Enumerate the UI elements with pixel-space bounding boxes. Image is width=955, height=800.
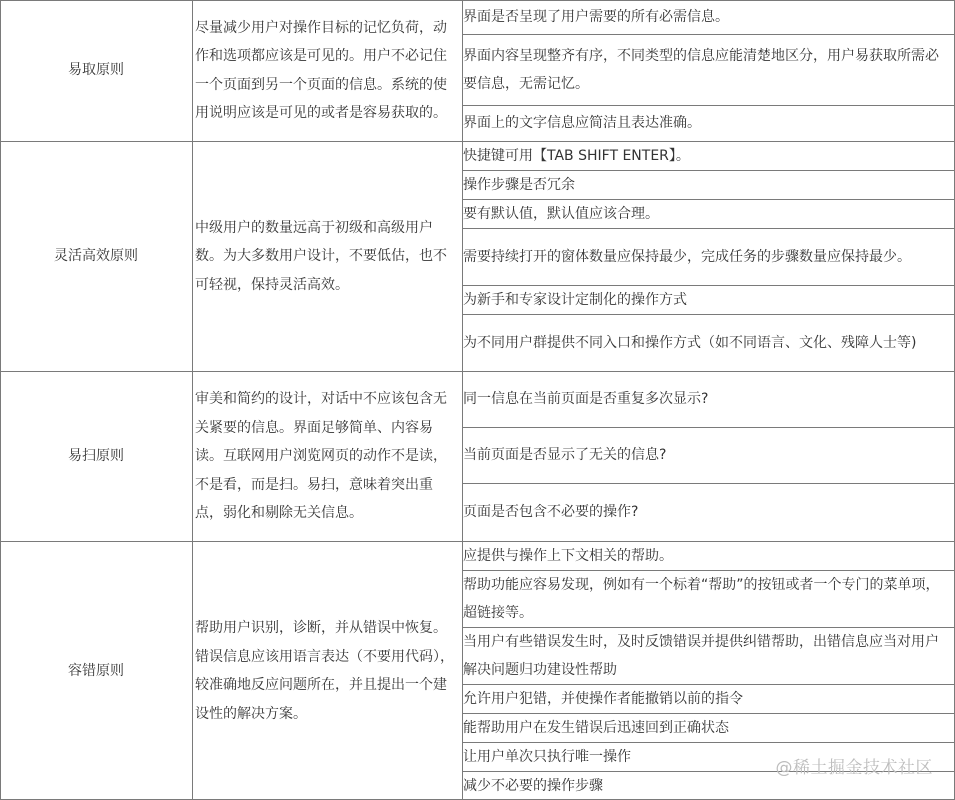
description-cell: 帮助用户识别，诊断，并从错误中恢复。 错误信息应该用语言表达（不要用代码），较准… xyxy=(193,542,461,800)
checklist-item: 操作步骤是否冗余 xyxy=(455,171,955,199)
table-border xyxy=(0,0,955,1)
checklist-item: 界面内容呈现整齐有序，不同类型的信息应能清楚地区分，用户易获取所需必要信息，无需… xyxy=(455,36,955,104)
checklist-item-text: 当前页面是否显示了无关的信息? xyxy=(463,441,666,470)
principle-cell: 灵活高效原则 xyxy=(0,142,192,371)
description-line: 错误信息应该用语言表达（不要用代码），较准确地反应问题所在，并且提出一个建设性的… xyxy=(195,643,459,729)
checklist-item: 为不同用户群提供不同入口和操作方式（如不同语言、文化、残障人士等) xyxy=(455,315,955,371)
checklist-item-text: 应提供与操作上下文相关的帮助。 xyxy=(463,542,673,571)
item-divider xyxy=(462,483,955,484)
principle-cell: 易取原则 xyxy=(0,0,192,141)
checklist-item: 快捷键可用【TAB SHIFT ENTER】。 xyxy=(455,142,955,170)
description-cell: 审美和简约的设计，对话中不应该包含无关紧要的信息。界面足够简单、内容易读。互联网… xyxy=(193,372,461,541)
checklist-item-text: 为新手和专家设计定制化的操作方式 xyxy=(463,286,687,315)
principle-label: 容错原则 xyxy=(68,657,124,686)
item-divider xyxy=(462,285,955,286)
item-divider xyxy=(462,105,955,106)
checklist-item: 需要持续打开的窗体数量应保持最少，完成任务的步骤数量应保持最少。 xyxy=(455,229,955,285)
checklist-item-text: 为不同用户群提供不同入口和操作方式（如不同语言、文化、残障人士等) xyxy=(463,329,916,358)
checklist-item-text: 同一信息在当前页面是否重复多次显示? xyxy=(463,385,708,414)
description-cell: 尽量减少用户对操作目标的记忆负荷，动作和选项都应该是可见的。用户不必记住一个页面… xyxy=(193,0,461,141)
checklist-item-text: 界面上的文字信息应简洁且表达准确。 xyxy=(463,109,701,138)
checklist-item: 允许用户犯错，并使操作者能撤销以前的指令 xyxy=(455,685,955,713)
checklist-item: 界面上的文字信息应简洁且表达准确。 xyxy=(455,106,955,140)
checklist-item: 页面是否包含不必要的操作? xyxy=(455,484,955,540)
principle-label: 易取原则 xyxy=(68,56,124,85)
description-text: 帮助用户识别，诊断，并从错误中恢复。 错误信息应该用语言表达（不要用代码），较准… xyxy=(195,614,459,728)
item-divider xyxy=(462,228,955,229)
item-divider xyxy=(462,199,955,200)
watermark: @稀土掘金技术社区 xyxy=(776,758,934,778)
checklist-item: 当用户有些错误发生时，及时反馈错误并提供纠错帮助，出错信息应当对用户解决问题归功… xyxy=(455,628,955,684)
checklist-item: 应提供与操作上下文相关的帮助。 xyxy=(455,542,955,570)
checklist-item-text: 页面是否包含不必要的操作? xyxy=(463,498,638,527)
checklist-item-text: 快捷键可用【TAB SHIFT ENTER】。 xyxy=(463,142,690,171)
checklist-item: 界面是否呈现了用户需要的所有必需信息。 xyxy=(455,2,955,32)
row-divider xyxy=(0,141,955,142)
item-divider xyxy=(462,570,955,571)
principle-label: 灵活高效原则 xyxy=(54,242,138,271)
checklist-item-text: 能帮助用户在发生错误后迅速回到正确状态 xyxy=(463,714,729,743)
description-text: 审美和简约的设计，对话中不应该包含无关紧要的信息。界面足够简单、内容易读。互联网… xyxy=(195,385,459,528)
checklist-item-text: 减少不必要的操作步骤 xyxy=(463,772,603,800)
principle-cell: 易扫原则 xyxy=(0,372,192,541)
description-text: 尽量减少用户对操作目标的记忆负荷，动作和选项都应该是可见的。用户不必记住一个页面… xyxy=(195,14,459,128)
principle-cell: 容错原则 xyxy=(0,542,192,800)
item-divider xyxy=(462,170,955,171)
checklist-item: 能帮助用户在发生错误后迅速回到正确状态 xyxy=(455,714,955,742)
table-border xyxy=(0,0,1,800)
item-divider xyxy=(462,34,955,35)
checklist-item-text: 当用户有些错误发生时，及时反馈错误并提供纠错帮助，出错信息应当对用户解决问题归功… xyxy=(463,628,951,685)
item-divider xyxy=(462,427,955,428)
checklist-item: 帮助功能应容易发现，例如有一个标着“帮助”的按钮或者一个专门的菜单项，超链接等。 xyxy=(455,571,955,627)
description-text: 中级用户的数量远高于初级和高级用户数。为大多数用户设计，不要低估，也不可轻视，保… xyxy=(195,214,459,300)
description-line: 帮助用户识别，诊断，并从错误中恢复。 xyxy=(195,614,459,643)
row-divider xyxy=(0,541,955,542)
checklist-item-text: 操作步骤是否冗余 xyxy=(463,171,575,200)
column-divider xyxy=(192,0,193,800)
checklist-item: 为新手和专家设计定制化的操作方式 xyxy=(455,286,955,314)
checklist-item: 当前页面是否显示了无关的信息? xyxy=(455,428,955,483)
checklist-item-text: 需要持续打开的窗体数量应保持最少，完成任务的步骤数量应保持最少。 xyxy=(463,243,911,272)
checklist-item-text: 界面是否呈现了用户需要的所有必需信息。 xyxy=(463,3,729,32)
checklist-item-text: 允许用户犯错，并使操作者能撤销以前的指令 xyxy=(463,685,743,714)
item-divider xyxy=(462,684,955,685)
checklist-item-text: 界面内容呈现整齐有序，不同类型的信息应能清楚地区分，用户易获取所需必要信息，无需… xyxy=(463,42,951,99)
checklist-item-text: 让用户单次只执行唯一操作 xyxy=(463,743,631,772)
column-divider xyxy=(462,0,463,800)
row-divider xyxy=(0,371,955,372)
checklist-item: 要有默认值，默认值应该合理。 xyxy=(455,200,955,228)
item-divider xyxy=(462,742,955,743)
item-divider xyxy=(462,314,955,315)
checklist-item: 同一信息在当前页面是否重复多次显示? xyxy=(455,372,955,427)
item-divider xyxy=(462,713,955,714)
description-cell: 中级用户的数量远高于初级和高级用户数。为大多数用户设计，不要低估，也不可轻视，保… xyxy=(193,142,461,371)
checklist-item-text: 要有默认值，默认值应该合理。 xyxy=(463,200,659,229)
item-divider xyxy=(462,627,955,628)
checklist-item-text: 帮助功能应容易发现，例如有一个标着“帮助”的按钮或者一个专门的菜单项，超链接等。 xyxy=(463,571,951,628)
heuristics-table: 易取原则 尽量减少用户对操作目标的记忆负荷，动作和选项都应该是可见的。用户不必记… xyxy=(0,0,955,800)
principle-label: 易扫原则 xyxy=(68,442,124,471)
